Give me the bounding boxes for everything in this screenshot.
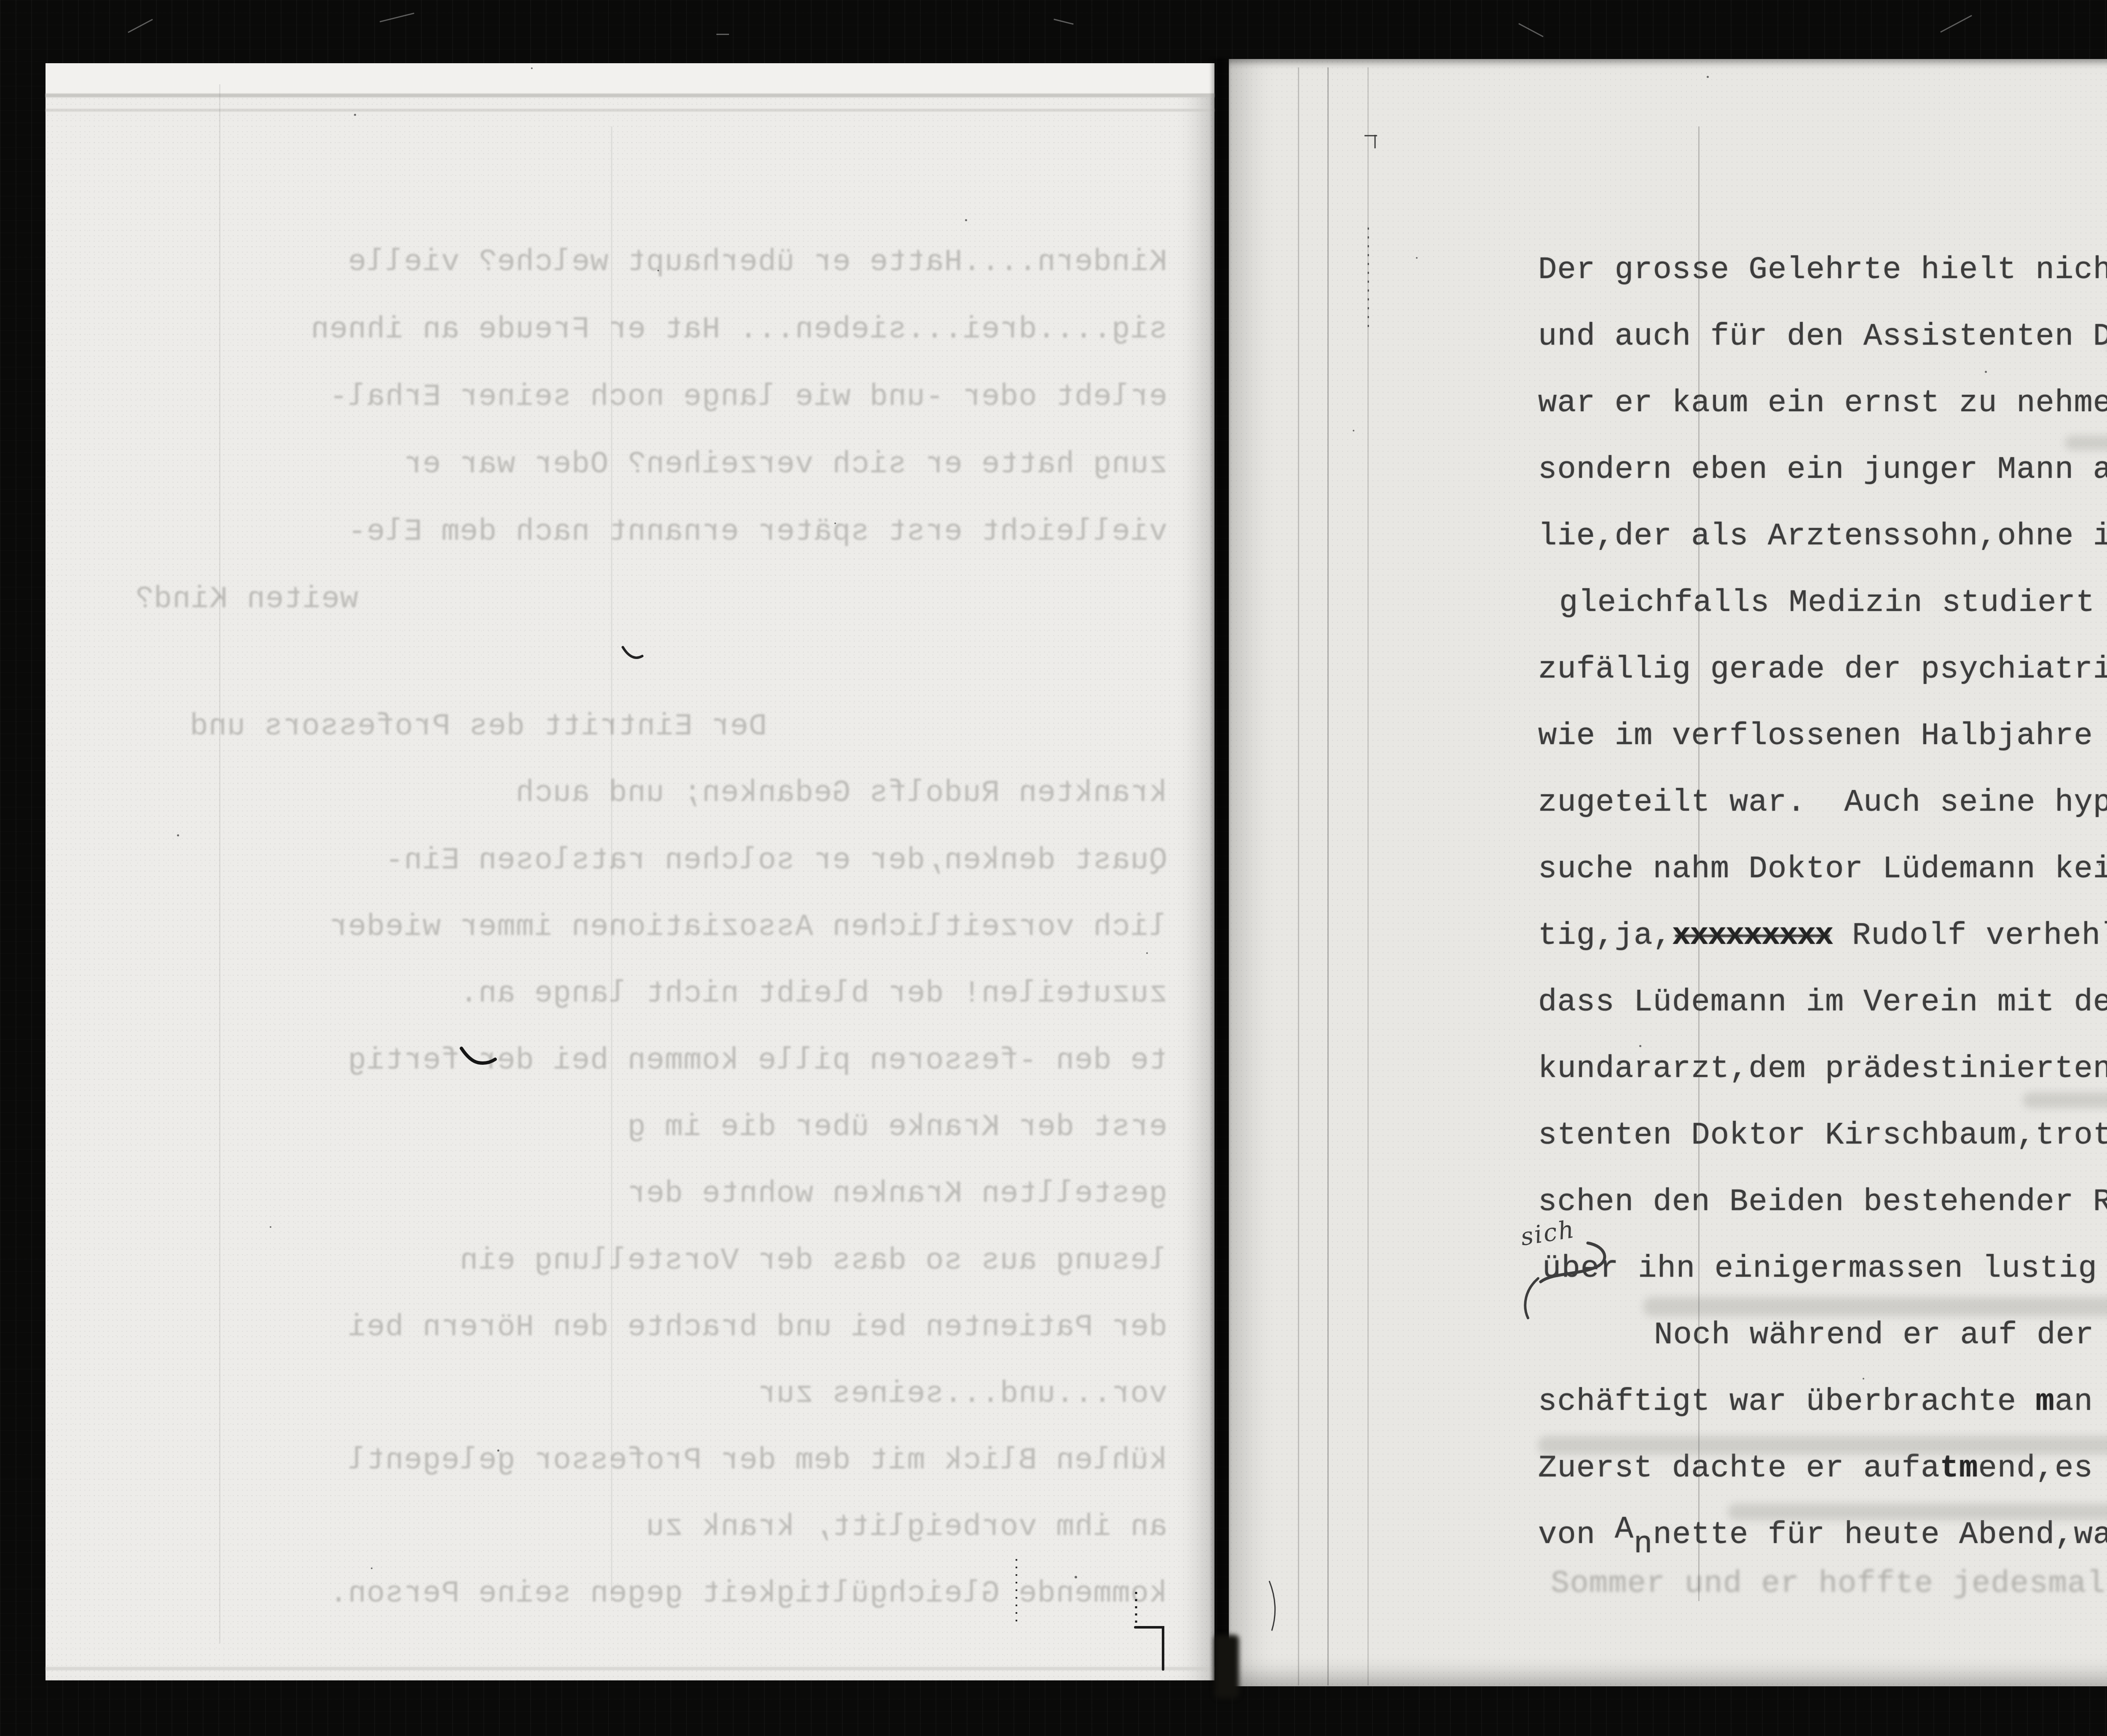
bleedthrough-line-11: zuzuteilen! der bleibt nicht lange an.: [63, 978, 1167, 1009]
page-gutter-shadow: [1209, 58, 1230, 1690]
typewritten-line-2: und auch für den Assistenten Doktor Lüde…: [1538, 321, 2107, 352]
typewritten-segment: xxxxxxxxx: [1672, 918, 1833, 954]
bottom-crease-line: [46, 1667, 1214, 1670]
typewritten-segment: gleichfalls Medizin studiert hatte und: [1559, 585, 2107, 621]
typewritten-segment: war er kaum ein ernst zu nehmender Kolle…: [1538, 386, 2107, 421]
typewritten-line-6: gleichfalls Medizin studiert hatte und n…: [1559, 587, 2107, 619]
bleedthrough-line-3: erlebt oder -und wie lange noch seiner E…: [63, 382, 1167, 412]
film-scratch: [380, 13, 414, 22]
typewritten-line-14: stenten Doktor Kirschbaum,trotz aller zw…: [1538, 1120, 2107, 1151]
bleedthrough-line-17: vor...und...seines zur: [63, 1379, 1167, 1409]
stacked-sheet-edge-line: [46, 94, 1214, 97]
typewritten-segment: zufällig gerade der psychiatrischen A: [1538, 652, 2107, 687]
typewritten-line-12: dass Lüdemann im Verein mit dem anderen …: [1538, 987, 2107, 1018]
bleedthrough-line-13: erst der Kranke über die im g: [63, 1112, 1167, 1142]
film-scratch: [716, 34, 729, 35]
typewritten-line-19: Zuerst dachte er aufatmend,es sei eine A…: [1538, 1453, 2107, 1484]
typewritten-segment: kundararzt,dem prädestinierten künitigen…: [1538, 1051, 2107, 1087]
stacked-sheet-edge-line: [46, 109, 1214, 112]
bleedthrough-line-16: der Patienten bei und brachte den Hörern…: [63, 1312, 1167, 1342]
ink-smudge: [2023, 1092, 2107, 1108]
typewritten-segment: lie,der als Arztenssohn,ohne innere Beru…: [1538, 519, 2107, 554]
bleedthrough-line-7: Der Eintritt des Professors und: [177, 711, 767, 742]
bleedthrough-line: Sommer und er hoffte jedesmal von neuem,…: [1551, 1568, 2107, 1599]
typewritten-segment: end,es sei eine Absage: [1978, 1451, 2107, 1486]
typewritten-line-9: zugeteilt war. Auch seine hypnotischen V…: [1538, 787, 2107, 818]
typewritten-segment: Der grosse Gelehrte hielt nicht viel von…: [1538, 252, 2107, 288]
bleedthrough-line-12: te den -fessoren pille kommen bei der fe…: [63, 1045, 1167, 1076]
typewritten-line-15: schen den Beiden bestehender Rassenantip…: [1538, 1187, 2107, 1218]
film-scratch: [1518, 23, 1544, 38]
stacked-sheet-edge: [46, 63, 1214, 94]
typewritten-segment: und auch für den Assistenten Doktor Lüde…: [1538, 319, 2107, 354]
typewritten-segment: dass Lüdemann im Verein mit dem anderen …: [1538, 985, 2107, 1020]
page-gutter-shadow: [1214, 1635, 1239, 1698]
typewritten-segment: an ihm einen Brief.: [2055, 1384, 2107, 1420]
typewritten-segment: nette für heute Abend,was ihn vor weni-: [1653, 1517, 2107, 1553]
typewritten-segment: schäftigt war überbrachte: [1538, 1384, 2036, 1420]
manuscript-scan: Kindern....Hatte er überhaupt welche? vi…: [0, 0, 2107, 1736]
bleedthrough-line-15: lesung aus so dass der Vorstellung ein: [63, 1246, 1167, 1276]
typewritten-line-8: wie im verflossenen Halbjahre ,der inter…: [1538, 721, 2107, 752]
typewritten-segment: n: [1634, 1527, 1653, 1562]
bleedthrough-line-14: gestellten Kranken wohnte der: [63, 1179, 1167, 1209]
typewritten-line-18: schäftigt war überbrachte man ihm einen …: [1538, 1386, 2107, 1417]
typewritten-segment: wie im verflossenen Halbjahre ,der inter…: [1538, 718, 2107, 754]
typewritten-segment: sondern eben ein junger Mann aus guter F…: [1538, 452, 2107, 488]
typewritten-segment: A: [1615, 1512, 1634, 1547]
typewritten-segment: Rudolf verhehlte sich kaum,: [1833, 918, 2107, 954]
bleedthrough-line-10: lich vorzeitlichen Assoziationen immer w…: [63, 912, 1167, 942]
ink-smudge: [1538, 1436, 2107, 1455]
film-scratch: [1053, 19, 1073, 25]
typewritten-line-7: zufällig gerade der psychiatrischen Abte…: [1538, 654, 2107, 685]
bleedthrough-line-5: vielleicht erst später ernannt nach dem …: [63, 517, 1167, 547]
typewritten-line-20: von Annette für heute Abend,was ihn vor …: [1538, 1519, 2107, 1551]
typewritten-line-13: kundararzt,dem prädestinierten künitigen…: [1538, 1053, 2107, 1085]
ink-smudge: [2065, 436, 2107, 450]
typewritten-line-16: über ihn einigermassen lustig machte.: [1542, 1253, 2107, 1284]
typewritten-segment: zugeteilt war. Auch seine hypnotischen V…: [1538, 785, 2107, 820]
typewritten-segment: Zuerst dachte er aufa: [1538, 1451, 1940, 1486]
typewritten-line-5: lie,der als Arztenssohn,ohne innere Beru…: [1538, 521, 2107, 552]
typewritten-segment: von: [1538, 1517, 1615, 1553]
typewritten-line-4: sondern eben ein junger Mann aus guter F…: [1538, 454, 2107, 485]
bleedthrough-line-18: kühlen Blick mit dem der Professor geleg…: [63, 1445, 1167, 1476]
ink-smudge: [1643, 1297, 2107, 1316]
typewritten-segment: schen den Beiden bestehender Rassenantip…: [1538, 1184, 2107, 1220]
bleedthrough-line-4: zung hatte er sich verzeihen? Oder war e…: [63, 449, 1167, 480]
bleedthrough-line-2: sig....drei...sieben... Hat er Freude an…: [63, 314, 1167, 345]
typewritten-line-3: war er kaum ein ernst zu nehmender Kolle…: [1538, 388, 2107, 419]
bleedthrough-line-9: Quast denken,der er solchen ratslosen Ei…: [63, 845, 1167, 876]
film-scratch: [1940, 15, 1972, 32]
film-scratch: [128, 19, 153, 33]
typewritten-segment: tig,ja,: [1538, 918, 1672, 954]
typewritten-segment: stenten Doktor Kirschbaum,trotz aller zw…: [1538, 1118, 2107, 1153]
bleedthrough-line-1: Kindern....Hatte er überhaupt welche? vi…: [63, 247, 1167, 277]
typewritten-segment: m: [2036, 1384, 2055, 1420]
typewritten-segment: suche nahm Doktor Lüdemann keineswegs wi…: [1538, 852, 2107, 887]
bleedthrough-line-8: krankten Rudolfs Gedanken; und auch: [63, 778, 1167, 808]
bleedthrough-line-6: weiten Kind?: [63, 584, 358, 614]
typewritten-line-17: Noch während er auf der Abteilung be-: [1654, 1320, 2107, 1351]
typewritten-segment: Noch während er auf der A: [1654, 1318, 2107, 1353]
ink-smudge: [1728, 1503, 2107, 1520]
typewritten-segment: über ihn einigermassen lustig machte.: [1542, 1251, 2107, 1286]
typewritten-segment: tm: [1940, 1451, 1978, 1486]
bleedthrough-line-19: an ihm vorbeiglitt, krank zu: [63, 1512, 1167, 1542]
typewritten-line-1: Der grosse Gelehrte hielt nicht viel von…: [1538, 255, 2107, 286]
left-page: Kindern....Hatte er überhaupt welche? vi…: [46, 63, 1214, 1680]
typewritten-line-11: tig,ja,xxxxxxxxx Rudolf verhehlte sich k…: [1538, 920, 2107, 951]
typewritten-line-10: suche nahm Doktor Lüdemann keineswegs wi…: [1538, 854, 2107, 885]
bleedthrough-line-20: kommende Gleichgültigkeit gegen seine Pe…: [63, 1578, 1167, 1609]
